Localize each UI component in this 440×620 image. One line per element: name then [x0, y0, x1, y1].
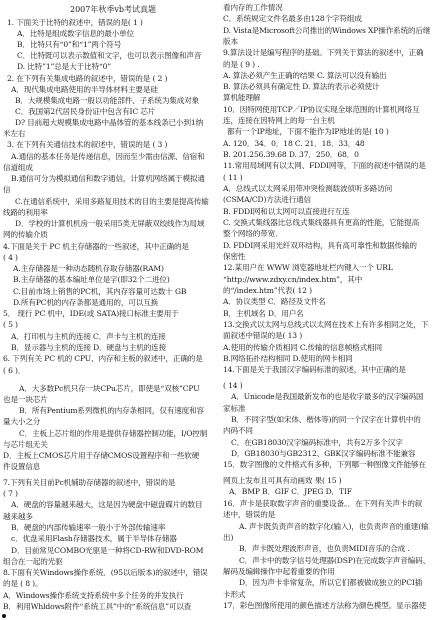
text-line: B．显示器与主机的连接 D．硬盘与主机的连接 — [11, 343, 166, 353]
text-line: 的是 ( 9 ) . — [223, 60, 260, 70]
text-line: 都有一个IP地址，下面不能作为IP地址的是( 10 ) — [227, 127, 389, 137]
text-line: 与芯片组无关 — [3, 440, 48, 450]
text-line: 家标准 — [223, 404, 245, 414]
text-line: C．我国第2代居民身份证中包含有IC 芯片 — [15, 107, 155, 117]
text-line: ( 14 ) — [223, 381, 243, 391]
text-line: 1. 下面关于比特的叙述中，错误的是( 1 ) — [7, 18, 143, 28]
text-line: D．主板上CMOS芯片用于存储CMOS设置程序和一些软硬 — [3, 451, 199, 461]
text-line: D. 比特”1”总是大于比特“0” — [17, 62, 111, 72]
text-line: D．GB18030与GB2312、GBK汉字编码标准不能兼容 — [231, 449, 415, 459]
text-line: C.目前市场上销售的PC机，其内存容量可达数十 GB — [13, 287, 186, 297]
text-line: C.在通信系统中，采用多路复用技术的目的主要是提高传输 — [15, 197, 209, 207]
text-line: A. 声卡既负责声音的数字化(输入)，也负责声音的重建(输 — [239, 522, 429, 532]
text-line: B. 算法必须具有确定性 D. 算法的表示必须使计 — [223, 82, 379, 92]
text-line: B. 201.256.39.68 D. 37．250．68．0 — [223, 150, 359, 160]
text-line: D．目前常见COMBO光驱是一种将CD-RW和DVD-ROM — [11, 546, 203, 556]
text-line: 15．数字图像的文件格式有多种，下列哪一种图像文件能够在 — [223, 460, 426, 470]
text-line: A．BMP B．GIF C．JPEG D．TIF — [229, 487, 352, 497]
text-line: D? 目前超大规模集成电路中晶体管的基本线条已小到1纳 — [15, 118, 203, 128]
text-line: 内码不同 — [223, 426, 253, 436]
left-column: 2007年秋季vb考试真题 1. 下面关于比特的叙述中，错误的是( 1 )A．比… — [3, 0, 217, 620]
text-line: A．硬盘的容量越来越大，这是因为硬盘中磁盘碟片的数目 — [11, 500, 202, 510]
text-line: 7.下列有关目前Pc机辅助存储器的叙述中，错误的是 — [3, 478, 175, 488]
text-line: 11.常用局域网有以太网、FDDI网等，下面的叙述中错误的是 — [223, 161, 426, 171]
text-line: 5． 现行 PC 机中，IDE(或 SATA)接口标准主要用于 — [3, 309, 179, 319]
text-line: 出) — [223, 533, 233, 543]
text-line: A.通信的基本任务是传递信息，因而至少需由信源、信宿和 — [11, 152, 205, 162]
text-line: 解码及编辑操作中起着重要的作用 — [223, 567, 335, 577]
text-line: 14.下面是关于我国汉字编码标准的叙述，其中正确的是 — [223, 365, 406, 375]
text-line: D．学校的计算机机房一般采用5类无屏蔽双绞线作为局域 — [15, 219, 204, 229]
text-line: 12.某用户在 WWW 浏览器地址栏内键入一个 URL — [223, 263, 393, 273]
text-line: C. 交换式集线器比总线式集线器具有更高的性能，它能提高 — [223, 218, 419, 228]
text-line: ( 4 ) — [3, 253, 18, 263]
text-line: 组合在一起的光驱 — [3, 557, 63, 567]
text-line: D. FDDI网采用光纤双环结构，具有高可靠性和数据传输的 — [223, 241, 417, 251]
text-line: 信 — [3, 185, 10, 195]
text-line: B．利用Whldows附件“系统工具”中的“系统信息”可以查 — [3, 602, 191, 612]
text-line: 的是 ( 8 )。 — [3, 579, 42, 589]
text-line: ( 5 ) — [3, 320, 18, 330]
text-line: C．在GB18030汉字编码标准中，共有2万多个汉字 — [231, 438, 403, 448]
text-line: 米左右 — [3, 129, 25, 139]
text-line: A．Unicode是我国最新发布的也是收字最多的汉字编码国 — [231, 392, 424, 402]
text-line: 面叙述中错误的是( 13 ) — [223, 331, 302, 341]
text-line: B．所有Pentium系列微机的内存条相同，仅有速度和容 — [19, 406, 204, 416]
text-line: 述中，错误的是 — [223, 510, 275, 520]
bullet-mark — [2, 614, 6, 618]
text-line: 线路的利用率 — [3, 208, 48, 218]
text-line: A. 120．34．0．18 C. 21．18．33．48 — [223, 139, 365, 149]
text-line: 网的传输介质 — [3, 230, 48, 240]
text-line: A．协议类型 C．路径及文件名 — [223, 297, 326, 307]
text-line: A．Windows操作系统支持系统中多个任务的并发执行 — [3, 591, 184, 601]
text-line: 16．声卡是获取数字声音的重要设备。．在下列有关声卡的叙 — [223, 499, 422, 509]
text-line: A．大多数Pc机只存一块CPu芯片，即使是“双核”CPU — [19, 384, 200, 394]
text-line: 件设置信息 — [3, 462, 40, 472]
text-line: A. 算法必须产生正确的结果 C. 算法可以没有输出 — [223, 71, 386, 81]
text-line: A．现代集成电路使用的半导体材料主要是硅 — [11, 85, 158, 95]
text-line: B．比特只有“0”和“1”两个符号 — [17, 40, 121, 50]
exam-page: 2007年秋季vb考试真题 1. 下面关于比特的叙述中，错误的是( 1 )A．比… — [0, 0, 440, 620]
text-line: A．打印机与主机的连接 C．声卡与主机的连接 — [11, 332, 166, 342]
text-line: 4.下面是关于 PC 机主存储器的一些叙述，其中正确的是 — [3, 242, 189, 252]
text-line: A．总线式以太网采用带冲突检测载波侦听多路访问 — [223, 184, 392, 194]
text-line: B．大规模集成电路一般以功能部件、子系统为集成对象 — [15, 96, 199, 106]
text-line: (CSMA/CD)方法进行通信 — [223, 195, 311, 205]
text-line: 连，连接在因特网上的每一台主机 — [223, 116, 335, 126]
text-line: B.网络拓扑结构相同 D.使用的网卡相同 — [223, 354, 353, 364]
text-line: C．比特既可以表示数值和文字，也可以表示图像和声音 — [17, 51, 201, 61]
text-line: 13.交换式以太网与总线式以太网在技术上有许多相同之处，下 — [223, 320, 428, 330]
text-line: C．声卡中的数字信号处理器(DSP)在完成数字声音编码、 — [239, 556, 430, 566]
text-line: 整个网络的带宽． — [223, 229, 283, 239]
text-line: 看内存的工作情况 — [223, 3, 283, 13]
text-line: B. FDDI网和以太网可以直接进行互连 — [223, 207, 350, 217]
text-line: 的“/index.htm”代表( 12 ) — [223, 286, 312, 296]
text-line: B．主机域名 D．用户名 — [223, 309, 304, 319]
text-line: 8.下面有关Windows操作系统．(95以后版本)的叙述中，错误 — [3, 568, 208, 578]
text-line: B．声卡既处理波形声音，也负责MIDI音乐的合成 . — [239, 544, 410, 554]
text-line: ( 11 ) — [223, 173, 243, 183]
text-line: B．硬盘的内部传输速率一般小于外部传输速率 — [11, 523, 165, 533]
text-line: B.通信可分为模拟通信和数字通信，计算机网络属于模拟通 — [11, 174, 205, 184]
text-line: 也是一块芯片 — [3, 395, 48, 405]
text-line: C．系统规定文件名最多由128个字符组成 — [223, 14, 362, 24]
text-line: 量大小之分 — [3, 417, 40, 427]
text-line: 17．彩色图像所使用的颜色描述方法称为颜色模型。显示器使 — [223, 601, 426, 611]
text-line: A.主存储器是一种动态随机存取存储器(RAM) — [13, 264, 164, 274]
text-line: D．因为声卡非常复杂，所以它们都被做成独立的PCI插 — [239, 578, 422, 588]
text-line: D. Vista是Microsoft公司推出的Windows XP操作系统的后继 — [223, 26, 430, 36]
right-column: 看内存的工作情况C．系统规定文件名最多由128个字符组成D. Vista是Mic… — [223, 0, 437, 620]
text-line: “http://www.zdxy.cn/index.htm”，其中 — [223, 275, 362, 285]
text-line: A．比特是组成数字信息的最小单位 — [17, 29, 134, 39]
text-line: 2. 在下列有关集成电路的叙述中，错误的是 ( 2 ) — [7, 74, 167, 84]
page-title: 2007年秋季vb考试真题 — [3, 5, 223, 15]
text-line: 版本 — [223, 37, 238, 47]
text-line: c．优盘采用Flash存储器技术，属于半导体存储器 — [11, 534, 177, 544]
text-line: 10．因特网使用TCP／IP协议实现全球范围的计算机网络互 — [223, 105, 419, 115]
text-line: 越来越多 — [3, 512, 33, 522]
text-line: 网页上发布且可具有动画效 果( 15 ) — [223, 476, 342, 486]
text-line: 9.算法设计是编写程序的基础。下列关于算法的叙述中，正确 — [223, 48, 423, 58]
text-line: B．不同字型(如宋体、楷体等)的同一个汉字在计算机中的 — [231, 415, 421, 425]
text-line: C．主板上芯片组的作用是提供存储器控制功能，I/O控制 — [19, 429, 207, 439]
text-line: D.所有PC机的内存条都是通用的，可以互换 — [13, 298, 158, 308]
text-line: 卡形式 — [223, 590, 245, 600]
text-line: 6. 下列有关 PC 机的 CPU、内存和主板的叙述中，正确的是 — [3, 354, 203, 364]
text-line: B.主存储器的基本编址单位是字(即32个二进位) — [13, 275, 170, 285]
text-line: ( 6 )． — [3, 366, 25, 376]
text-line: 算机能理解 — [223, 93, 260, 103]
text-line: 3. 在下列有关通信技术的叙述中，错误的是 ( 3 ) — [7, 140, 167, 150]
text-line: ( 7 ) — [3, 489, 18, 499]
text-line: 信道组成 — [3, 163, 33, 173]
text-line: A.使用的传输介质相同 C.传输的信息帧格式相同 — [223, 343, 382, 353]
text-line: 保密性 — [223, 252, 245, 262]
